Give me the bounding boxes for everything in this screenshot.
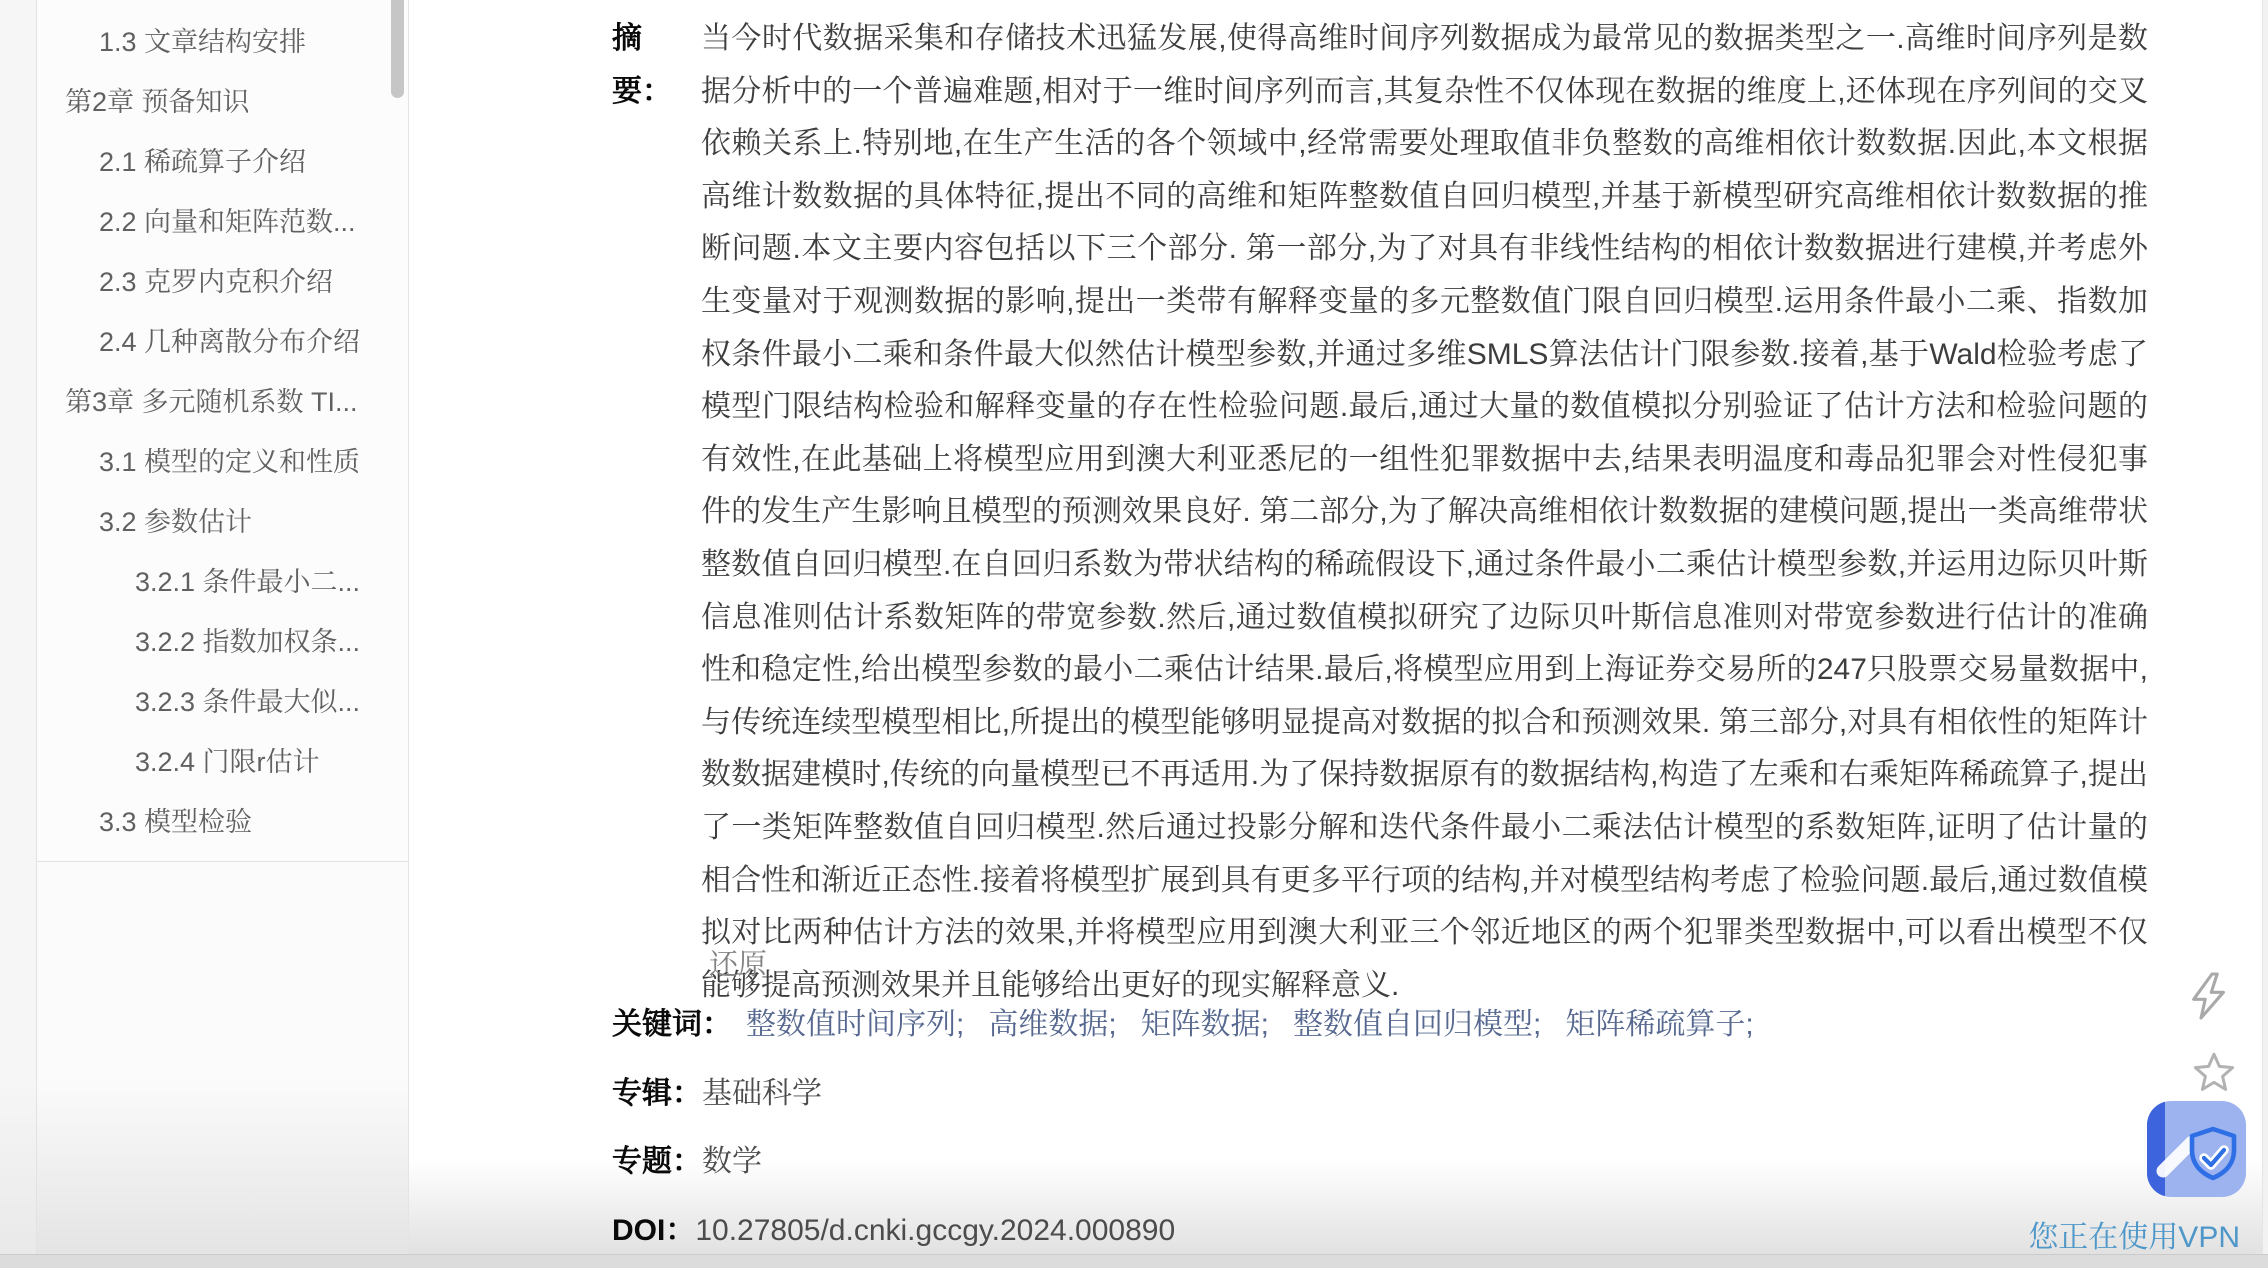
vpn-shield-check-icon bbox=[2147, 1101, 2246, 1197]
toc-list: 1.3 文章结构安排第2章 预备知识2.1 稀疏算子介绍2.2 向量和矩阵范数.… bbox=[37, 12, 392, 852]
abstract-row: 摘要： 当今时代数据采集和存储技术迅猛发展,使得高维时间序列数据成为最常见的数据… bbox=[612, 13, 2152, 1012]
abstract-label: 摘要： bbox=[612, 13, 701, 1012]
toc-item[interactable]: 3.2.1 条件最小二... bbox=[37, 552, 392, 612]
flash-icon[interactable] bbox=[2186, 971, 2230, 1021]
toc-item[interactable]: 第2章 预备知识 bbox=[37, 72, 392, 132]
toc-item[interactable]: 3.2 参数估计 bbox=[37, 492, 392, 552]
left-rail bbox=[0, 0, 37, 1255]
keyword-link[interactable]: 整数值自回归模型; bbox=[1293, 1002, 1541, 1048]
toc-item[interactable]: 第3章 多元随机系数 TI... bbox=[37, 372, 392, 432]
vpn-status-text[interactable]: 您正在使用VPN bbox=[2028, 1212, 2240, 1256]
toc-item[interactable]: 3.1 模型的定义和性质 bbox=[37, 432, 392, 492]
collapse-restore-link[interactable]: 还原 bbox=[709, 941, 767, 989]
toc-item[interactable]: 2.3 克罗内克积介绍 bbox=[37, 252, 392, 312]
toc-item[interactable]: 3.3 模型检验 bbox=[37, 792, 392, 852]
keyword-link[interactable]: 高维数据; bbox=[988, 1002, 1116, 1048]
toc-item[interactable]: 3.2.2 指数加权条... bbox=[37, 612, 392, 672]
doi-label: DOI： bbox=[612, 1208, 695, 1254]
toc-item[interactable]: 2.4 几种离散分布介绍 bbox=[37, 312, 392, 372]
right-rail bbox=[2262, 0, 2268, 1255]
toc-item[interactable]: 2.1 稀疏算子介绍 bbox=[37, 132, 392, 192]
cnki-reader-page: 1.3 文章结构安排第2章 预备知识2.1 稀疏算子介绍2.2 向量和矩阵范数.… bbox=[0, 0, 2268, 1268]
keyword-link[interactable]: 整数值时间序列; bbox=[746, 1002, 964, 1048]
keyword-link[interactable]: 矩阵数据; bbox=[1141, 1002, 1269, 1048]
topic-value: 数学 bbox=[702, 1139, 762, 1185]
toc-item[interactable]: 3.2.3 条件最大似... bbox=[37, 672, 392, 732]
keywords-row: 关键词： 整数值时间序列;高维数据;矩阵数据;整数值自回归模型;矩阵稀疏算子; bbox=[612, 1002, 1778, 1048]
toc-item[interactable]: 1.3 文章结构安排 bbox=[37, 12, 392, 72]
keywords-label: 关键词： bbox=[612, 1002, 732, 1048]
topic-row: 专题： 数学 bbox=[612, 1139, 762, 1185]
album-row: 专辑： 基础科学 bbox=[612, 1071, 822, 1117]
keyword-links: 整数值时间序列;高维数据;矩阵数据;整数值自回归模型;矩阵稀疏算子; bbox=[746, 1002, 1778, 1048]
main-content: 摘要： 当今时代数据采集和存储技术迅猛发展,使得高维时间序列数据成为最常见的数据… bbox=[409, 0, 2263, 1255]
keyword-link[interactable]: 矩阵稀疏算子; bbox=[1565, 1002, 1753, 1048]
vpn-extension-button[interactable] bbox=[2147, 1101, 2246, 1197]
album-value: 基础科学 bbox=[702, 1071, 822, 1117]
sidebar-bottom-panel bbox=[37, 862, 408, 1255]
toc-sidebar: 1.3 文章结构安排第2章 预备知识2.1 稀疏算子介绍2.2 向量和矩阵范数.… bbox=[37, 0, 409, 1255]
sidebar-scrollbar-thumb[interactable] bbox=[391, 0, 404, 98]
bottom-strip bbox=[0, 1254, 2268, 1268]
doi-row: DOI： 10.27805/d.cnki.gccgy.2024.000890 bbox=[612, 1208, 1175, 1254]
star-favorite-icon[interactable] bbox=[2190, 1049, 2238, 1097]
abstract-text: 当今时代数据采集和存储技术迅猛发展,使得高维时间序列数据成为最常见的数据类型之一… bbox=[701, 13, 2148, 1012]
doi-value: 10.27805/d.cnki.gccgy.2024.000890 bbox=[695, 1208, 1175, 1254]
toc-item[interactable]: 3.2.4 门限r估计 bbox=[37, 732, 392, 792]
album-label: 专辑： bbox=[612, 1071, 702, 1117]
toc-item[interactable]: 2.2 向量和矩阵范数... bbox=[37, 192, 392, 252]
topic-label: 专题： bbox=[612, 1139, 702, 1185]
